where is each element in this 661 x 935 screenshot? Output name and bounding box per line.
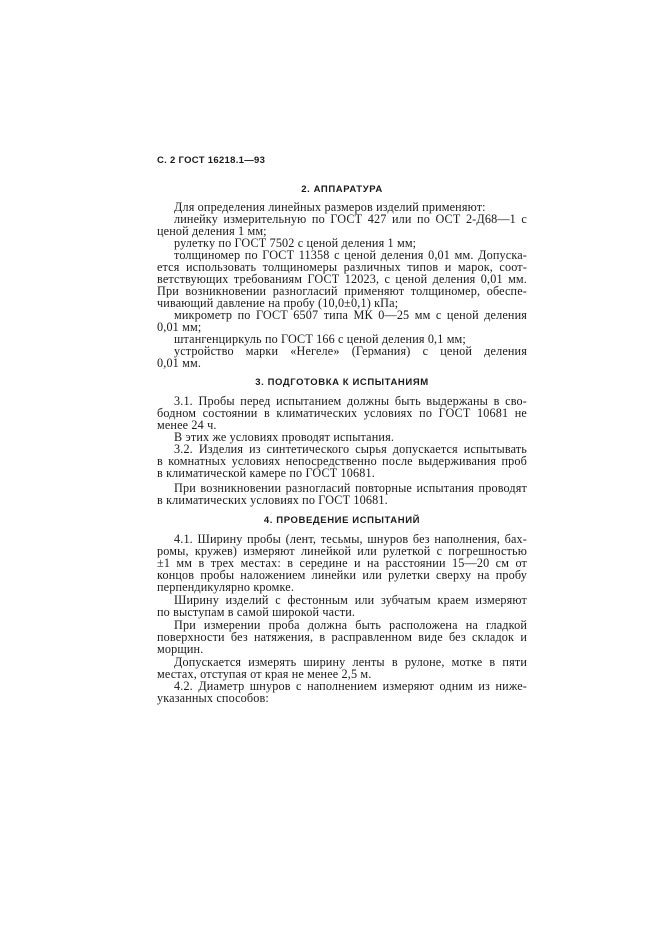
text-line: в климатической камере по ГОСТ 10681.: [157, 467, 527, 480]
section-title-apparatus: 2. АППАРАТУРА: [157, 184, 527, 195]
text-line: в климатических условиях по ГОСТ 10681.: [157, 494, 527, 507]
document-page: С. 2 ГОСТ 16218.1—93 2. АППАРАТУРА Для о…: [0, 0, 661, 935]
section-title-preparation: 3. ПОДГОТОВКА К ИСПЫТАНИЯМ: [157, 377, 527, 388]
text-line: указанных способов:: [157, 692, 527, 705]
page-header: С. 2 ГОСТ 16218.1—93: [157, 155, 265, 166]
section-title-testing: 4. ПРОВЕДЕНИЕ ИСПЫТАНИЙ: [157, 515, 527, 526]
text-line: 0,01 мм.: [157, 357, 527, 370]
